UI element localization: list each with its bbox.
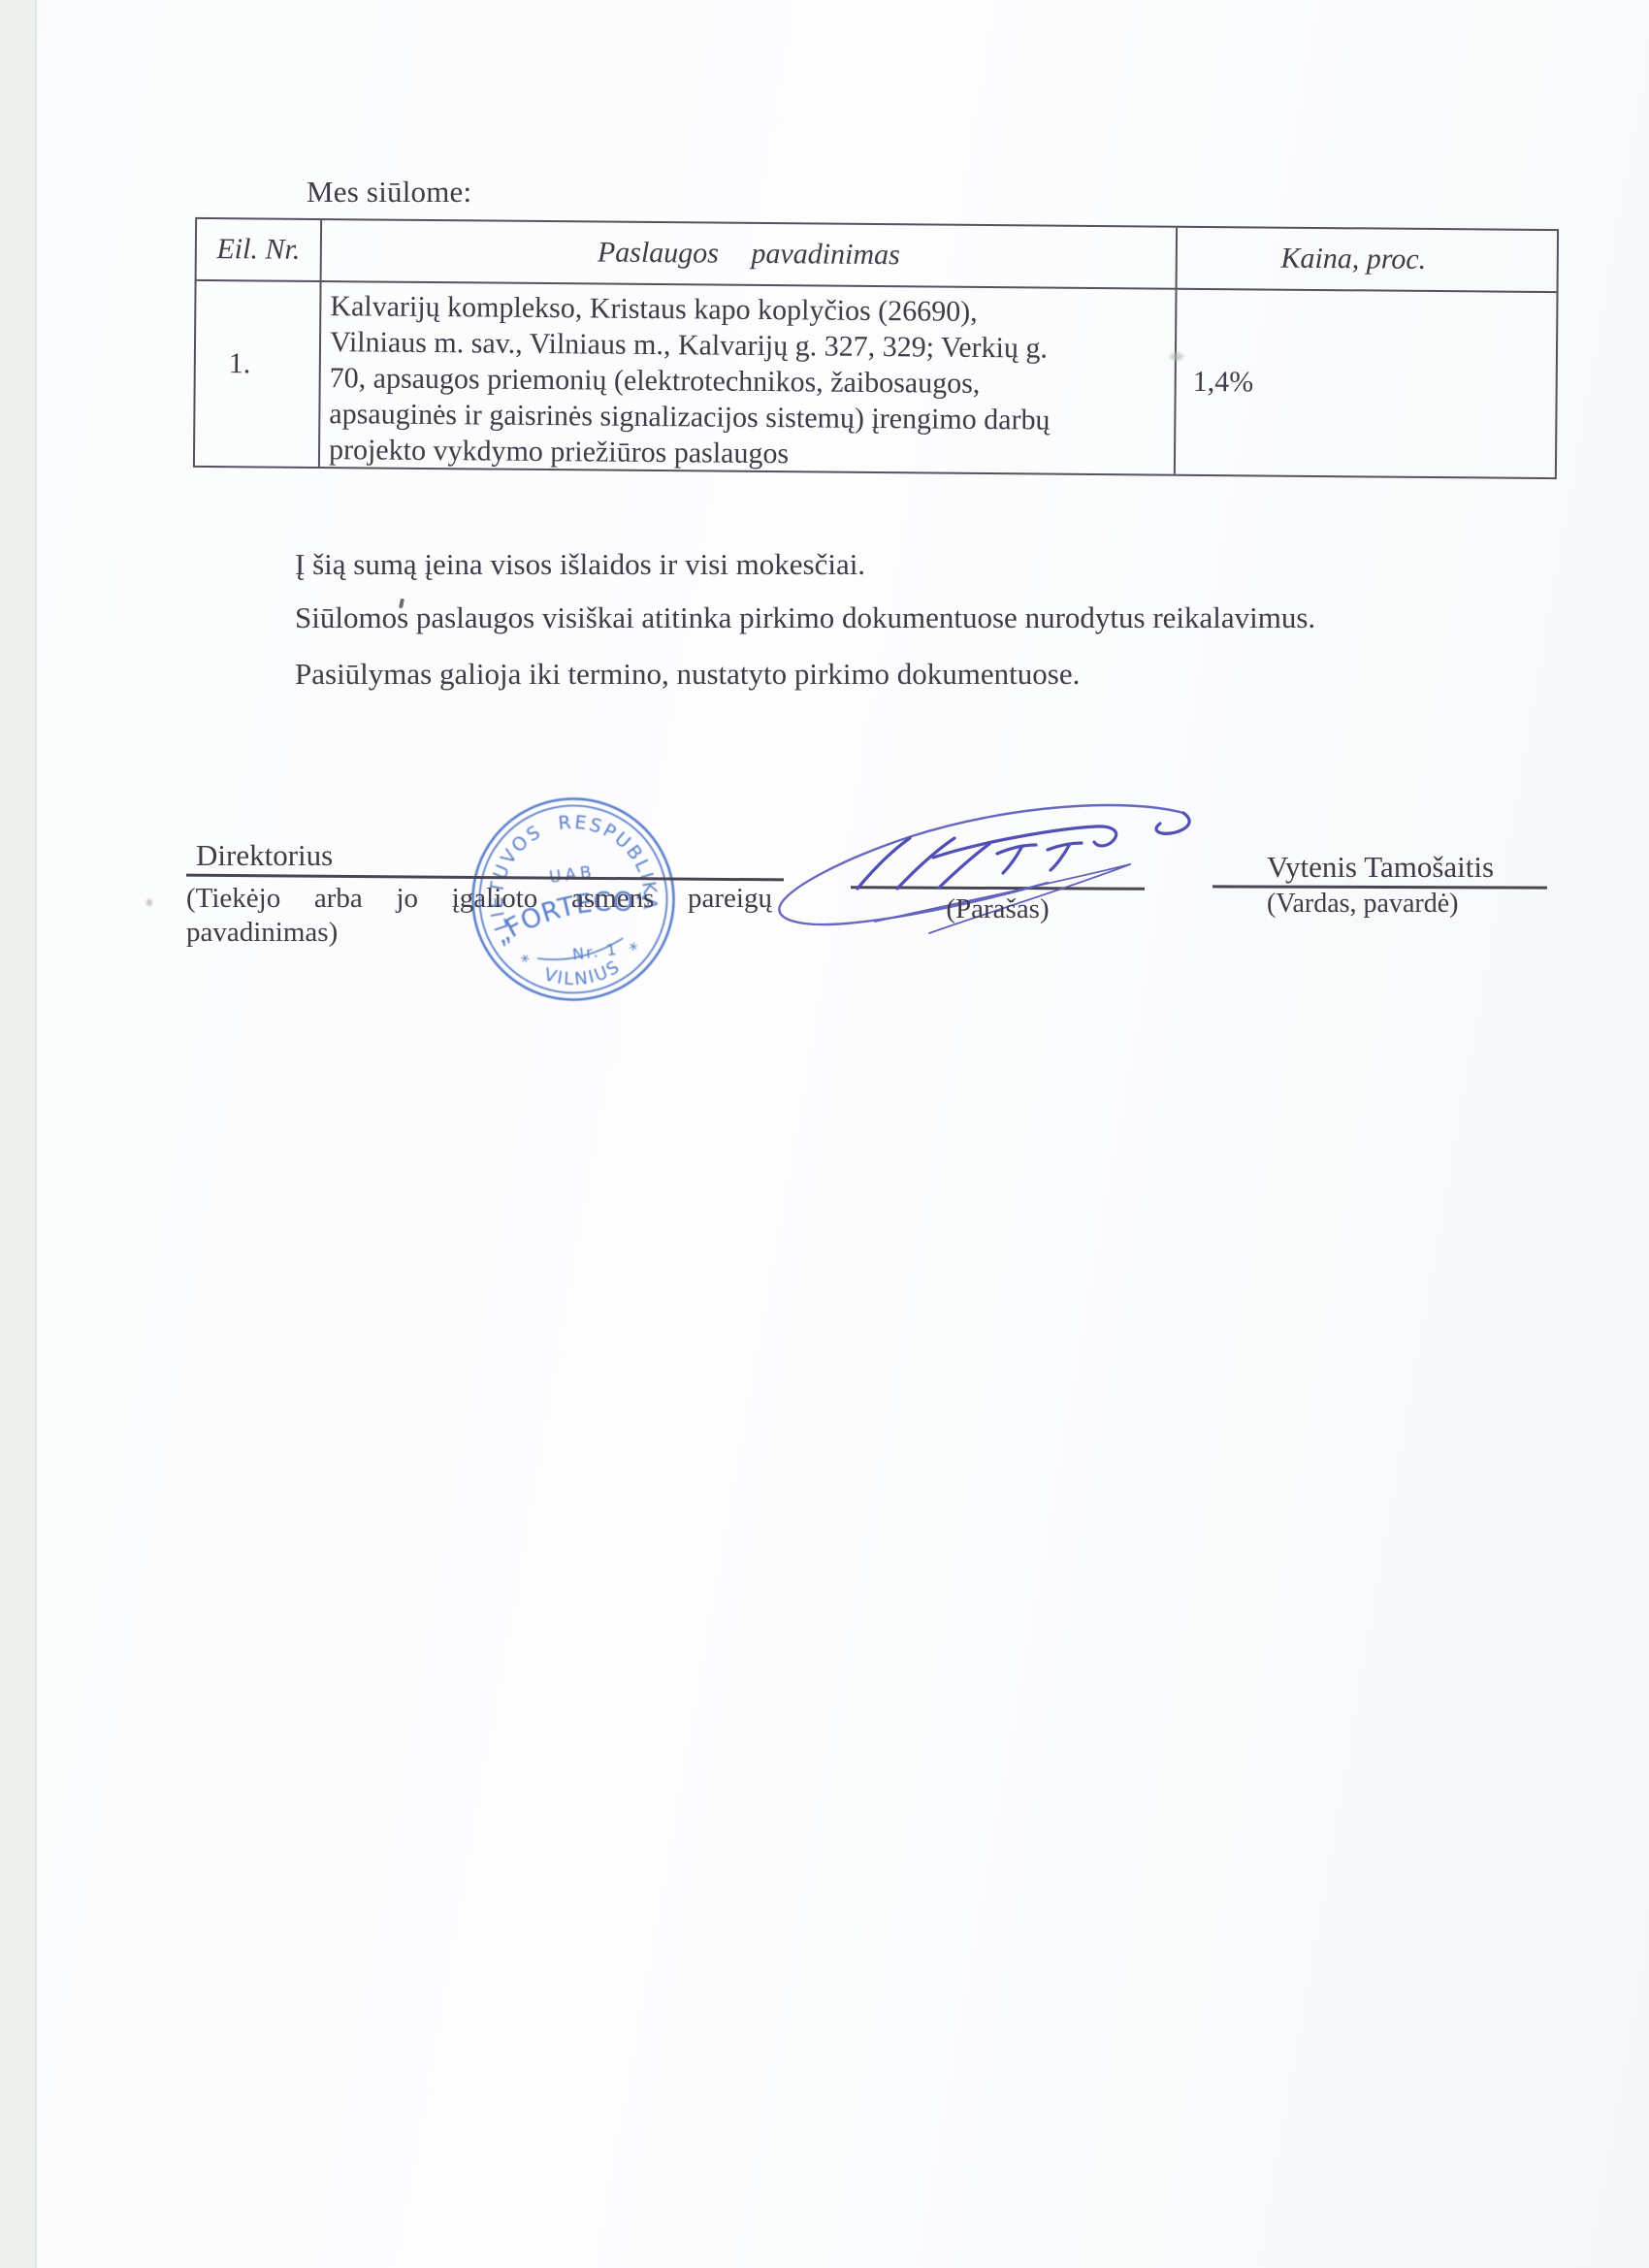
service-line: projekto vykdymo priežiūros paslaugos bbox=[329, 432, 1164, 475]
caption-word: arba bbox=[314, 883, 363, 915]
caption-word: (Tiekėjo bbox=[186, 883, 280, 915]
table-header-nr: Eil. Nr. bbox=[197, 219, 323, 282]
scanner-edge-strip bbox=[0, 0, 35, 2268]
intro-line: Mes siūlome: bbox=[307, 175, 471, 210]
table-header-service: Paslaugos pavadinimas bbox=[322, 220, 1179, 290]
table-cell-service-description: Kalvarijų komplekso, Kristaus kapo koply… bbox=[320, 282, 1178, 474]
caption-word: asmens bbox=[571, 883, 654, 915]
scan-artifact bbox=[146, 899, 152, 906]
scanner-edge-line bbox=[35, 0, 37, 2268]
caption-word: įgalioto bbox=[452, 883, 538, 915]
signature-caption: (Parašas) bbox=[851, 893, 1145, 925]
paragraph-compliance: Siūlomos paslaugos visiškai atitinka pir… bbox=[295, 600, 1315, 635]
table-cell-price: 1,4% bbox=[1176, 290, 1557, 477]
signer-name: Vytenis Tamošaitis bbox=[1267, 850, 1494, 885]
table-header-price: Kaina, proc. bbox=[1178, 228, 1558, 293]
table-cell-row-number: 1. bbox=[195, 281, 322, 467]
scan-artifact bbox=[1170, 352, 1183, 361]
caption-word: jo bbox=[396, 883, 418, 915]
supplier-caption-line1: (Tiekėjo arba jo įgalioto asmens pareigų bbox=[186, 883, 772, 915]
offer-table: Eil. Nr. Paslaugos pavadinimas Kaina, pr… bbox=[193, 217, 1559, 479]
supplier-caption-line2: pavadinimas) bbox=[186, 917, 338, 949]
paragraph-validity: Pasiūlymas galioja iki termino, nustatyt… bbox=[295, 657, 1080, 692]
signer-role: Direktorius bbox=[196, 838, 333, 873]
scanned-document-page: Mes siūlome: Eil. Nr. Paslaugos pavadini… bbox=[0, 0, 1649, 2268]
name-caption: (Vardas, pavardė) bbox=[1267, 889, 1458, 920]
caption-word: pareigų bbox=[688, 883, 772, 915]
paragraph-total-costs: Į šią sumą įeina visos išlaidos ir visi … bbox=[295, 547, 865, 582]
